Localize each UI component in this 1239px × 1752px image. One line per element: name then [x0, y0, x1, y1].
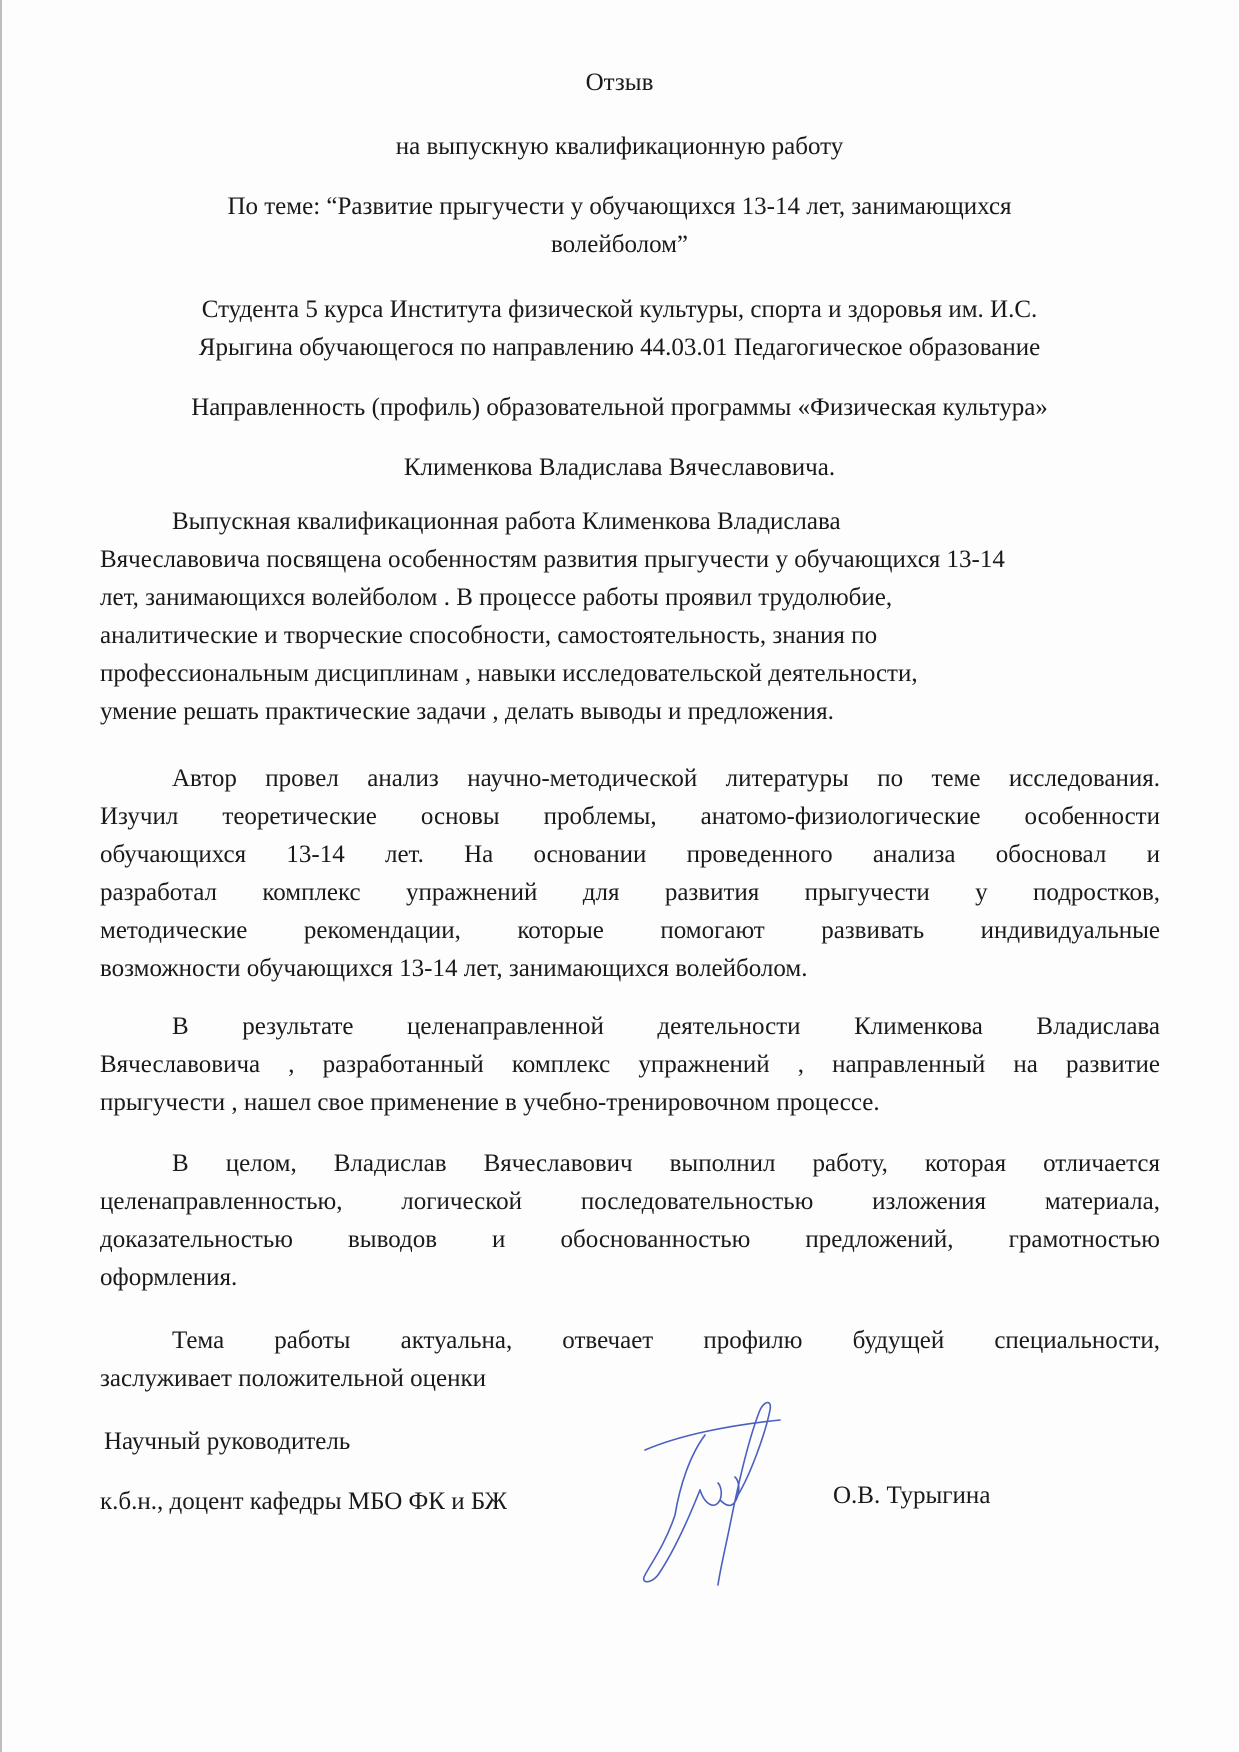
document-subtitle: на выпускную квалификационную работу	[0, 132, 1239, 162]
paragraph-line: целенаправленностью, логической последов…	[100, 1183, 1160, 1221]
paragraph-line: В результате целенаправленной деятельнос…	[100, 1008, 1160, 1046]
paragraph-5: Тема работы актуальна, отвечает профилю …	[100, 1322, 1160, 1398]
paragraph-line: умение решать практические задачи , дела…	[100, 693, 1160, 731]
paragraph-line: профессиональным дисциплинам , навыки ис…	[100, 655, 1160, 693]
paragraph-line: Вячеславовича , разработанный комплекс у…	[100, 1046, 1160, 1084]
paragraph-line: обучающихся 13-14 лет. На основании пров…	[100, 836, 1160, 874]
paragraph-line: оформления.	[100, 1259, 1160, 1297]
scan-edge	[0, 0, 2, 1752]
student-line-2: Ярыгина обучающегося по направлению 44.0…	[0, 333, 1239, 363]
paragraph-line: лет, занимающихся волейболом . В процесс…	[100, 579, 1160, 617]
paragraph-line: аналитические и творческие способности, …	[100, 617, 1160, 655]
student-name: Клименкова Владислава Вячеславовича.	[0, 453, 1239, 483]
paragraph-line: возможности обучающихся 13-14 лет, заним…	[100, 950, 1160, 988]
handwritten-signature-icon	[620, 1395, 820, 1595]
paragraph-line: Выпускная квалификационная работа Климен…	[100, 503, 1160, 541]
topic-line-1: По теме: “Развитие прыгучести у обучающи…	[0, 192, 1239, 222]
paragraph-line: доказательностью выводов и обоснованност…	[100, 1221, 1160, 1259]
paragraph-line: методические рекомендации, которые помог…	[100, 912, 1160, 950]
paragraph-4: В целом, Владислав Вячеславович выполнил…	[100, 1145, 1160, 1297]
paragraph-2: Автор провел анализ научно-методической …	[100, 760, 1160, 988]
paragraph-line: Автор провел анализ научно-методической …	[100, 760, 1160, 798]
supervisor-name: О.В. Турыгина	[833, 1481, 990, 1511]
paragraph-line: заслуживает положительной оценки	[100, 1360, 1160, 1398]
supervisor-title: к.б.н., доцент кафедры МБО ФК и БЖ	[100, 1487, 507, 1517]
paragraph-line: Тема работы актуальна, отвечает профилю …	[100, 1322, 1160, 1360]
supervisor-label: Научный руководитель	[104, 1427, 350, 1457]
paragraph-line: прыгучести , нашел свое применение в уче…	[100, 1084, 1160, 1122]
student-line-1: Студента 5 курса Института физической ку…	[0, 295, 1239, 325]
paragraph-line: Вячеславовича посвящена особенностям раз…	[100, 541, 1160, 579]
paragraph-line: разработал комплекс упражнений для разви…	[100, 874, 1160, 912]
paragraph-line: В целом, Владислав Вячеславович выполнил…	[100, 1145, 1160, 1183]
topic-line-2: волейболом”	[0, 230, 1239, 260]
paragraph-line: Изучил теоретические основы проблемы, ан…	[100, 798, 1160, 836]
profile-line: Направленность (профиль) образовательной…	[0, 393, 1239, 423]
document-title: Отзыв	[0, 68, 1239, 98]
paragraph-1: Выпускная квалификационная работа Климен…	[100, 503, 1160, 731]
paragraph-3: В результате целенаправленной деятельнос…	[100, 1008, 1160, 1122]
document-page: Отзыв на выпускную квалификационную рабо…	[0, 0, 1239, 1752]
